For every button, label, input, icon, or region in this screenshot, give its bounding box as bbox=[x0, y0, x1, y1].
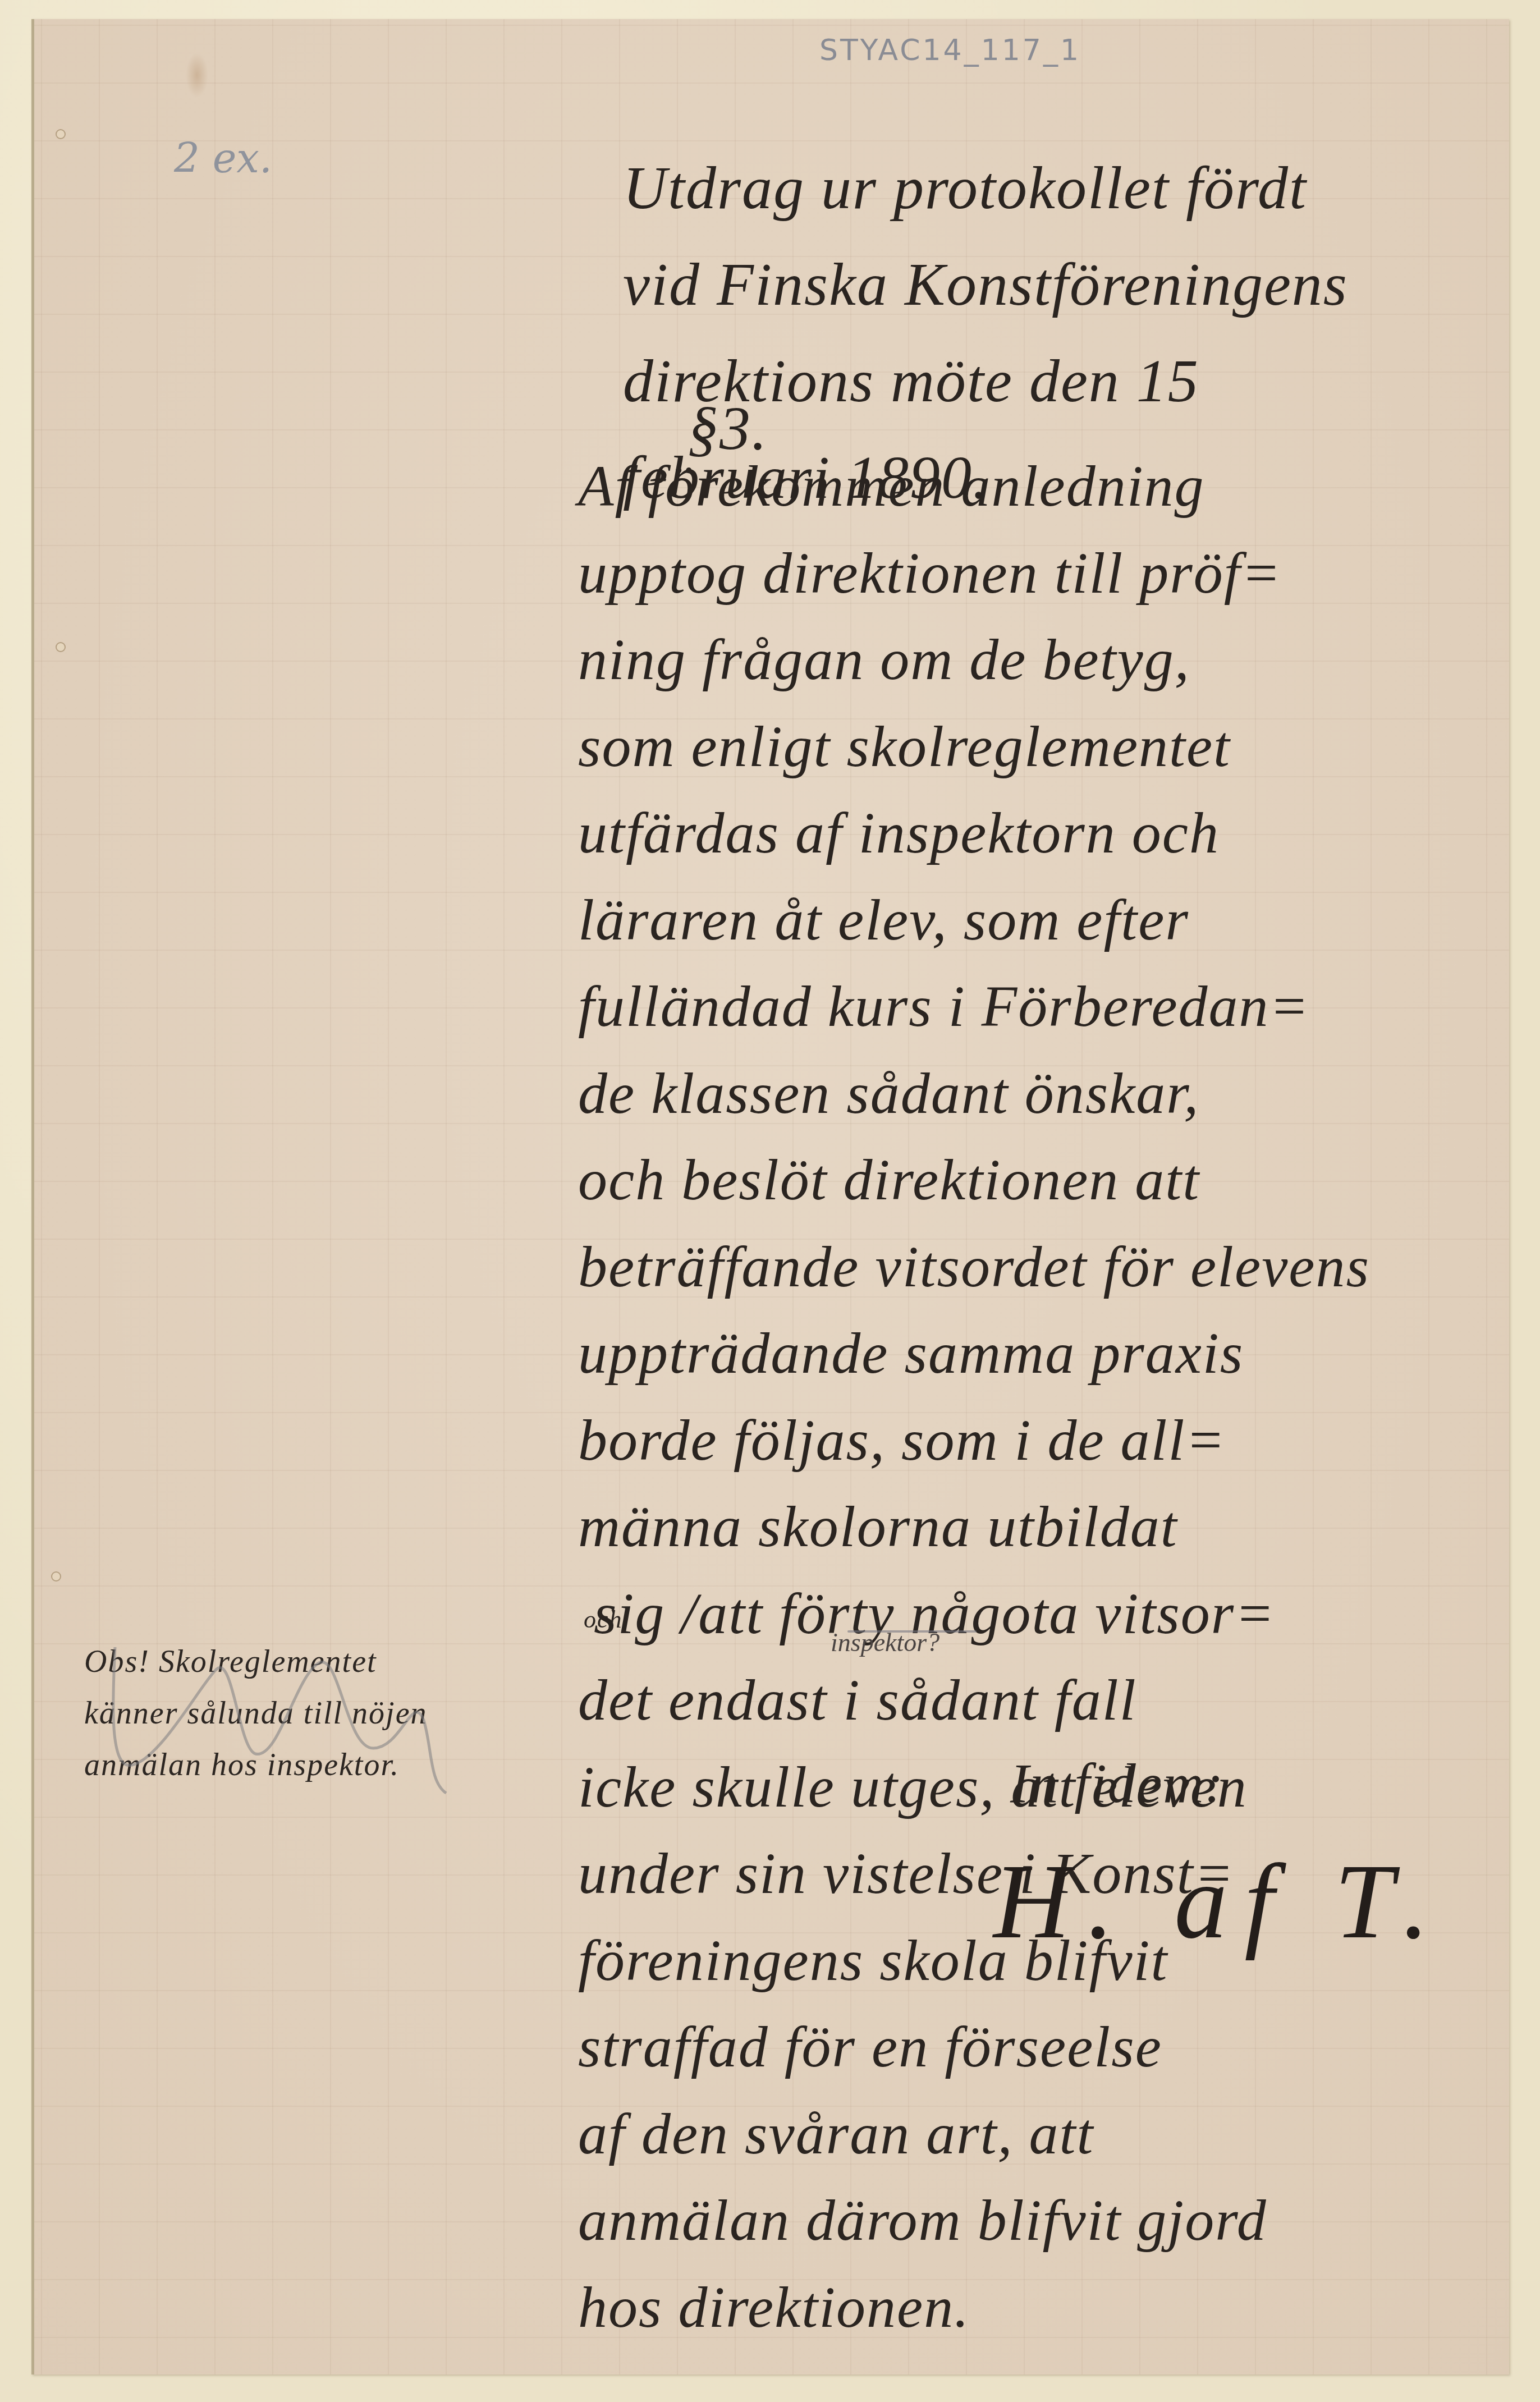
body-line: ning frågan om de betyg, bbox=[578, 617, 1487, 704]
pinhole-mark bbox=[51, 1571, 61, 1582]
body-line: läraren åt elev, som efter bbox=[578, 877, 1487, 964]
margin-note: Obs! Skolreglementet känner sålunda till… bbox=[84, 1636, 511, 1791]
signature: H. af T. bbox=[993, 1841, 1446, 1963]
body-line: upptog direktionen till pröf= bbox=[578, 530, 1487, 617]
body-line: uppträdande samma praxis bbox=[578, 1310, 1487, 1397]
body-line: de klassen sådant önskar, bbox=[578, 1051, 1487, 1138]
body-line: borde följas, som i de all= bbox=[578, 1397, 1487, 1484]
body-line: männa skolorna utbildat bbox=[578, 1484, 1487, 1571]
archive-reference: STYAC14_117_1 bbox=[819, 34, 1081, 67]
body-line: utfärdas af inspektorn och bbox=[578, 790, 1487, 877]
margin-note-line: känner sålunda till nöjen bbox=[84, 1688, 511, 1739]
heading-line: Utdrag ur protokollet fördt bbox=[623, 140, 1465, 237]
body-line: hos direktionen. bbox=[578, 2265, 1487, 2351]
body-line: som enligt skolreglementet bbox=[578, 704, 1487, 791]
margin-note-line: Obs! Skolreglementet bbox=[84, 1636, 511, 1688]
body-line: straffad för en förseelse bbox=[578, 2004, 1487, 2091]
body-line: fulländad kurs i Förberedan= bbox=[578, 964, 1487, 1051]
body-line: och beslöt direktionen att bbox=[578, 1137, 1487, 1224]
body-line: af den svåran art, att bbox=[578, 2091, 1487, 2178]
heading-line: vid Finska Konstföreningens bbox=[623, 237, 1465, 333]
margin-note-line: anmälan hos inspektor. bbox=[84, 1739, 511, 1791]
pinhole-mark bbox=[56, 642, 66, 652]
closing-formula: In fidem: bbox=[1010, 1751, 1225, 1816]
inserted-word: och bbox=[584, 1607, 623, 1632]
pencil-insertion: inspektor? bbox=[831, 1628, 939, 1657]
body-line-with-insertion: och sig /att förty någota vitsor= bbox=[578, 1571, 1487, 1658]
body-line: det endast i sådant fall bbox=[578, 1657, 1487, 1744]
body-line: beträffande vitsordet för elevens bbox=[578, 1224, 1487, 1311]
paper-stain bbox=[186, 53, 208, 98]
copies-note: 2 ex. bbox=[174, 135, 272, 182]
body-line: Af förekommen anledning bbox=[578, 443, 1487, 530]
minutes-body: Af förekommen anledning upptog direktion… bbox=[578, 443, 1487, 2351]
pinhole-mark bbox=[56, 129, 66, 139]
body-line: anmälan därom blifvit gjord bbox=[578, 2178, 1487, 2265]
